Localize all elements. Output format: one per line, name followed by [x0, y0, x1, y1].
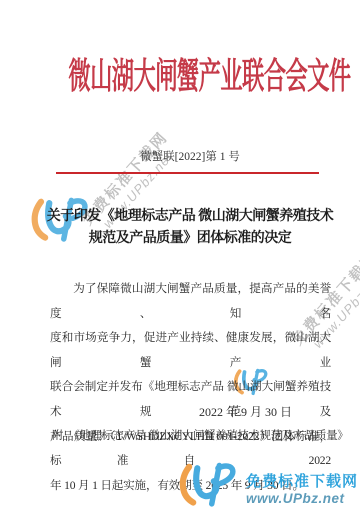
red-divider-line: [56, 172, 319, 174]
document-title: 关于印发《地理标志产品 微山湖大闸蟹养殖技术 规范及产品质量》团体标准的决定: [40, 206, 340, 250]
signature-date: 2022 年 9 月 30 日: [199, 403, 292, 420]
up-swirl-logo-icon: [176, 460, 242, 508]
watermark-site-name: 免费标准下载网: [246, 470, 358, 491]
document-number: 微蟹联[2022]第 1 号: [20, 148, 360, 164]
title-line: 关于印发《地理标志产品 微山湖大闸蟹养殖技术: [40, 206, 340, 228]
watermark-footer-text: 免费标准下载网 www.UPbz.net: [246, 470, 358, 508]
title-line: 规范及产品质量》团体标准的决定: [40, 228, 340, 250]
watermark-site-url: www.UPbz.net: [246, 491, 358, 506]
body-line: 为了保障微山湖大闸蟹产品质量，提高产品的美誉度、知名: [50, 277, 331, 326]
body-line: 度和市场竞争力，促进产业持续、健康发展，微山湖大闸蟹产业: [50, 326, 331, 375]
attachment-line: 附 《地理标志产品 微山湖大闸蟹养殖技术规范及产品质量》: [52, 427, 348, 443]
official-document-page: 免费标准下载网 www.UPbz.net 免费标准下载网 www.UPbz.ne…: [0, 0, 360, 509]
masthead-title: 微山湖大闸蟹产业联合会文件: [68, 52, 291, 100]
watermark-footer: 免费标准下载网 www.UPbz.net: [176, 460, 358, 508]
